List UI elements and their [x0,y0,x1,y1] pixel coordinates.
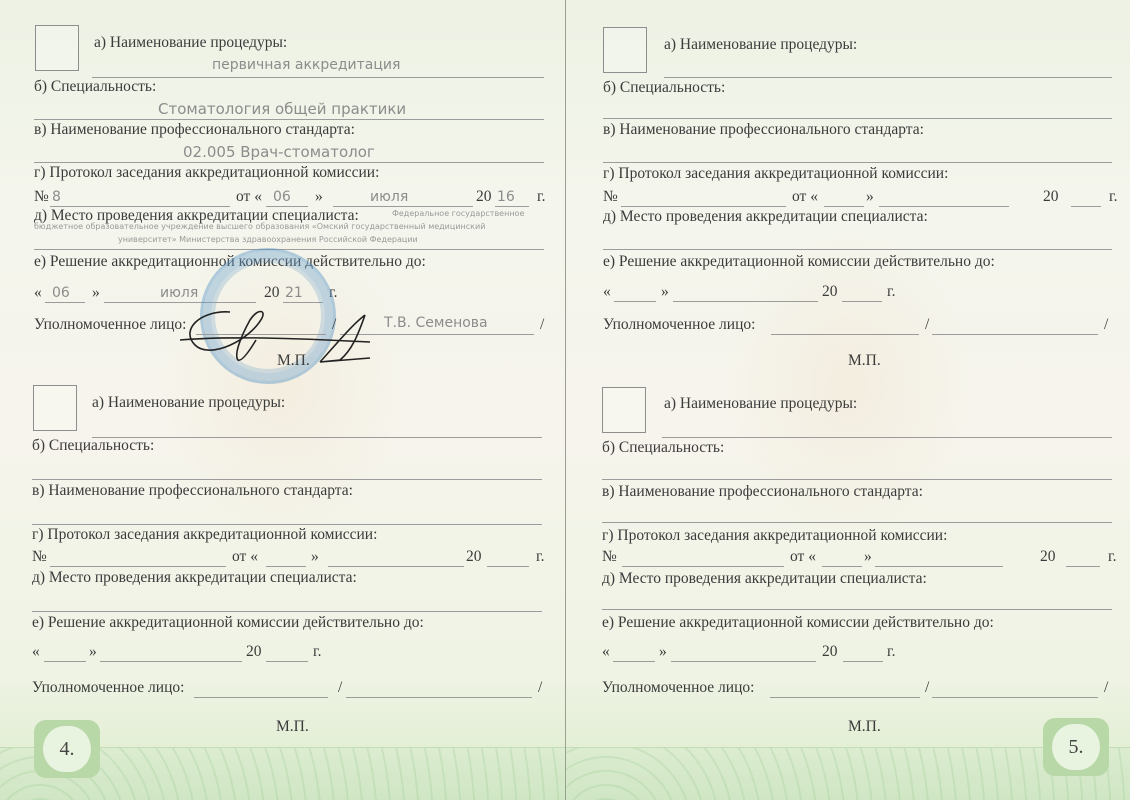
name-field[interactable] [932,334,1098,335]
label-protocol: г) Протокол заседания аккредитационной к… [602,527,947,545]
slash: / [1104,316,1108,334]
label-place: д) Место проведения аккредитации специал… [602,570,927,588]
protocol-day-field[interactable] [822,566,862,567]
year-suffix: г. [887,643,895,661]
year-prefix: 20 [466,548,482,566]
quote: « [603,283,611,301]
standard-field[interactable] [603,162,1112,163]
label-procedure: а) Наименование процедуры: [92,394,285,412]
line [495,206,529,207]
label-standard: в) Наименование профессионального станда… [603,121,924,139]
signature-icon [170,300,380,370]
specialty-value: Стоматология общей практики [158,100,406,118]
standard-field[interactable] [602,522,1112,523]
protocol-month-field[interactable] [879,206,1009,207]
valid-year-field[interactable] [266,661,308,662]
label-specialty: б) Специальность: [603,79,725,97]
signature-field[interactable] [770,697,920,698]
protocol-no-label: № [602,548,617,566]
from-label: от « [236,188,262,206]
label-standard: в) Наименование профессионального станда… [34,121,355,139]
protocol-day-field[interactable] [824,206,864,207]
label-authorized: Уполномоченное лицо: [603,316,755,334]
seal-label: М.П. [276,718,309,736]
procedure-value: первичная аккредитация [212,57,400,73]
entry-checkbox[interactable] [33,385,77,431]
signature-field[interactable] [771,334,919,335]
quote: » [92,284,100,302]
label-valid-until: е) Решение аккредитационной комиссии дей… [602,614,994,632]
protocol-month: июля [370,189,408,205]
protocol-day: 06 [273,189,291,205]
name-field[interactable] [346,697,532,698]
label-valid-until: е) Решение аккредитационной комиссии дей… [32,614,424,632]
label-procedure: а) Наименование процедуры: [94,34,287,52]
seal-label: М.П. [848,718,881,736]
year-suffix: г. [313,643,321,661]
protocol-no-label: № [34,188,49,206]
label-procedure: а) Наименование процедуры: [664,395,857,413]
label-place: д) Место проведения аккредитации специал… [603,208,928,226]
valid-month: июля [160,285,198,301]
year-prefix: 20 [822,283,838,301]
protocol-number-field[interactable] [50,566,226,567]
valid-month-field[interactable] [100,661,242,662]
label-standard: в) Наименование профессионального станда… [602,483,923,501]
label-standard: в) Наименование профессионального станда… [32,482,353,500]
protocol-month-field[interactable] [328,566,464,567]
place-field[interactable] [32,611,542,612]
year-suffix: г. [1108,548,1116,566]
quote: » [311,548,319,566]
label-protocol: г) Протокол заседания аккредитационной к… [34,164,379,182]
year-suffix: г. [536,548,544,566]
name-field[interactable] [932,697,1098,698]
quote: » [89,643,97,661]
protocol-number-field[interactable] [621,206,786,207]
page-number-badge: 4. [34,720,100,778]
valid-day-field[interactable] [613,661,655,662]
place-line-2: бюджетное образовательное учреждение выс… [34,222,485,231]
valid-year-field[interactable] [843,661,883,662]
label-protocol: г) Протокол заседания аккредитационной к… [32,526,377,544]
slash: / [925,679,929,697]
year-prefix: 20 [1043,188,1059,206]
place-field[interactable] [602,609,1112,610]
quote: » [315,188,323,206]
label-authorized: Уполномоченное лицо: [32,679,184,697]
label-specialty: б) Специальность: [32,437,154,455]
specialty-field[interactable] [603,118,1112,119]
page-number: 4. [43,726,91,772]
label-protocol: г) Протокол заседания аккредитационной к… [603,165,948,183]
seal-label: М.П. [848,352,881,370]
certificate-spread: а) Наименование процедуры: первичная акк… [0,0,1130,800]
year-prefix: 20 [822,643,838,661]
protocol-number-field[interactable] [622,566,784,567]
protocol-year-field[interactable] [1066,566,1100,567]
label-valid-until: е) Решение аккредитационной комиссии дей… [603,253,995,271]
valid-day: 06 [52,285,70,301]
quote: » [661,283,669,301]
label-authorized: Уполномоченное лицо: [602,679,754,697]
protocol-year: 16 [497,189,515,205]
authorized-name: Т.В. Семенова [384,315,488,331]
valid-day-field[interactable] [614,301,656,302]
entry-checkbox[interactable] [35,25,79,71]
protocol-day-field[interactable] [266,566,306,567]
specialty-field[interactable] [32,479,542,480]
valid-month-field[interactable] [673,301,818,302]
seal-label: М.П. [277,352,310,370]
page-number-badge: 5. [1043,718,1109,776]
procedure-field[interactable] [664,77,1112,78]
specialty-field[interactable] [602,479,1112,480]
slash: / [1104,679,1108,697]
year-suffix: г. [537,188,545,206]
protocol-number: 8 [52,189,61,205]
year-suffix: г. [887,283,895,301]
year-prefix: 20 [1040,548,1056,566]
page-5: а) Наименование процедуры: б) Специально… [565,0,1130,800]
procedure-field[interactable] [92,437,542,438]
standard-value: 02.005 Врач-стоматолог [183,143,375,161]
from-label: от « [232,548,258,566]
from-label: от « [792,188,818,206]
slash: / [338,679,342,697]
valid-day-field[interactable] [44,661,86,662]
protocol-no-label: № [32,548,47,566]
year-prefix: 20 [476,188,492,206]
procedure-line [92,77,544,78]
page-4: а) Наименование процедуры: первичная акк… [0,0,565,800]
entry-checkbox[interactable] [602,387,646,433]
year-prefix: 20 [246,643,262,661]
slash: / [538,679,542,697]
procedure-field[interactable] [662,437,1112,438]
standard-line [34,162,544,163]
label-specialty: б) Специальность: [602,439,724,457]
valid-year-field[interactable] [842,301,882,302]
specialty-line [34,119,544,120]
place-field[interactable] [603,249,1112,250]
quote: « [602,643,610,661]
quote: » [866,188,874,206]
place-line-1: Федеральное государственное [392,209,524,218]
standard-field[interactable] [32,524,542,525]
protocol-year-field[interactable] [1071,206,1101,207]
line [45,302,85,303]
quote: » [659,643,667,661]
slash: / [540,316,544,334]
quote: « [34,284,42,302]
page-number: 5. [1052,724,1100,770]
valid-month-field[interactable] [671,661,816,662]
label-authorized: Уполномоченное лицо: [34,316,186,334]
label-place: д) Место проведения аккредитации специал… [32,569,357,587]
protocol-year-field[interactable] [487,566,529,567]
place-line [34,249,544,250]
quote: » [864,548,872,566]
entry-checkbox[interactable] [603,27,647,73]
place-line-3: университет» Министерства здравоохранени… [118,235,418,244]
quote: « [32,643,40,661]
signature-field[interactable] [194,697,328,698]
protocol-month-field[interactable] [875,566,1003,567]
slash: / [925,316,929,334]
from-label: от « [790,548,816,566]
year-suffix: г. [1109,188,1117,206]
label-specialty: б) Специальность: [34,78,156,96]
protocol-no-label: № [603,188,618,206]
label-procedure: а) Наименование процедуры: [664,36,857,54]
